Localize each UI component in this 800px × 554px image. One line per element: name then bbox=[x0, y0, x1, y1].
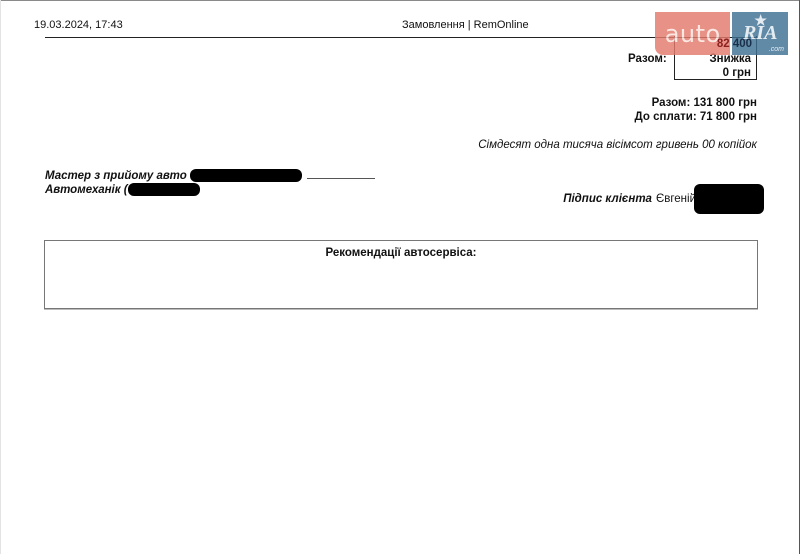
master-label: Мастер з прийому авто bbox=[45, 170, 187, 182]
amount-in-words: Сімдесят одна тисяча вісімсот гривень 00… bbox=[478, 139, 757, 151]
watermark-suffix: .com bbox=[769, 46, 784, 53]
mechanic-label: Автомеханік ( bbox=[45, 184, 128, 196]
totals-block: Разом: 131 800 грн До сплати: 71 800 грн bbox=[635, 96, 757, 124]
summary-amount-part2: 400 bbox=[733, 38, 752, 50]
master-row: Мастер з прийому авто bbox=[45, 169, 375, 183]
page-edge-top bbox=[0, 0, 800, 1]
page-edge-left bbox=[0, 0, 1, 554]
star-icon: ★ bbox=[754, 13, 767, 30]
document-title: Замовлення | RemOnline bbox=[402, 19, 529, 31]
redacted-client-surname bbox=[694, 184, 764, 214]
recommendations-title: Рекомендації автосервіса: bbox=[45, 247, 757, 259]
client-signature: Підпис клієнта Євгеній bbox=[563, 184, 764, 214]
grand-total: Разом: 131 800 грн bbox=[635, 96, 757, 110]
client-name: Євгеній bbox=[656, 193, 696, 205]
header-divider bbox=[45, 37, 757, 38]
redacted-master-name bbox=[190, 169, 302, 182]
summary-amount-part1: 82 bbox=[717, 38, 730, 50]
master-signature-line bbox=[307, 178, 375, 179]
recommendations-box: Рекомендації автосервіса: bbox=[44, 240, 758, 309]
client-signature-label: Підпис клієнта bbox=[563, 193, 652, 205]
summary-amount: 82 400 bbox=[674, 38, 752, 50]
print-datetime: 19.03.2024, 17:43 bbox=[34, 19, 123, 31]
discount-value: 0 грн bbox=[675, 66, 751, 80]
amount-to-pay: До сплати: 71 800 грн bbox=[635, 110, 757, 124]
redacted-mechanic-name bbox=[128, 183, 200, 196]
mechanic-row: Автомеханік ( bbox=[45, 183, 375, 197]
staff-signatures: Мастер з прийому авто Автомеханік ( bbox=[45, 169, 375, 197]
